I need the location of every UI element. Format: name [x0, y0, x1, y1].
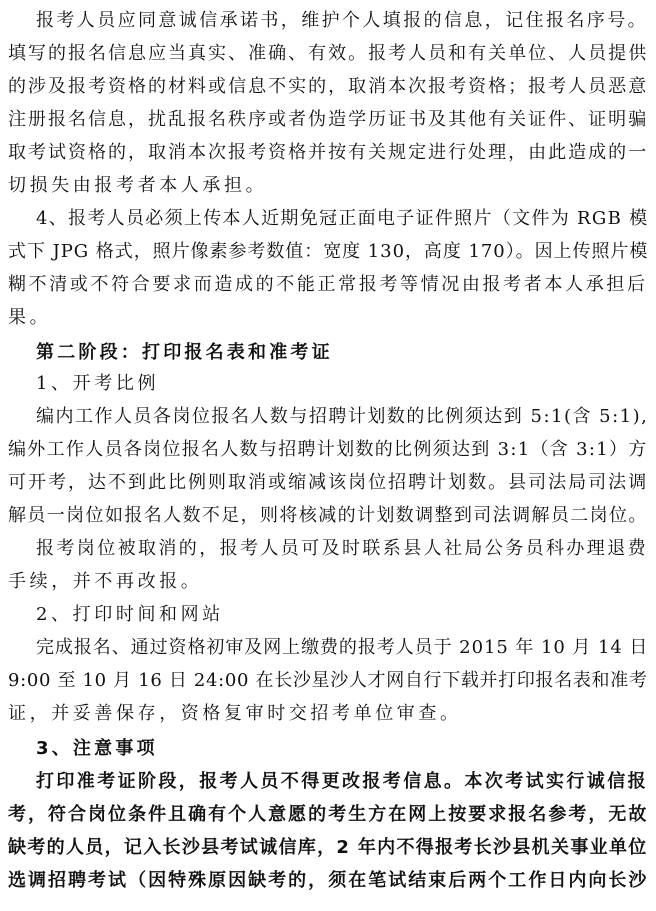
heading-line: 选调招聘考试（因特殊原因缺考的，须在笔试结束后两个工作日内向长沙 — [8, 870, 648, 892]
heading-line: 考，符合岗位条件且确有个人意愿的考生方在网上按要求报名参考，无故 — [8, 804, 648, 826]
text-line: 填写的报名信息应当真实、准确、有效。报考人员和有关单位、人员提供 — [8, 43, 648, 65]
text-line: 解员一岗位如报名人数不足，则将核减的计划数调整到司法调解员二岗位。 — [8, 505, 648, 527]
heading-line: 3、注意事项 — [36, 738, 648, 760]
text-line: 糊不清或不符合要求而造成的不能正常报考等情况由报考者本人承担后 — [8, 274, 648, 296]
text-line: 9:00 至 10 月 16 日 24:00 在长沙星沙人才网自行下载并打印报名… — [8, 670, 648, 692]
heading-line: 第二阶段：打印报名表和准考证 — [36, 342, 648, 364]
text-line: 4、报考人员必须上传本人近期免冠正面电子证件照片（文件为 RGB 模 — [36, 208, 648, 230]
text-line: 的涉及报考资格的材料或信息不实的，取消本次报考资格；报考人员恶意 — [8, 76, 648, 98]
text-line: 2、打印时间和网站 — [36, 604, 648, 626]
text-line: 1、开考比例 — [36, 373, 648, 395]
text-line: 取考试资格的，取消本次报考资格并按有关规定进行处理，由此造成的一 — [8, 142, 648, 164]
text-line: 注册报名信息，扰乱报名秩序或者伪造学历证书及其他有关证件、证明骗 — [8, 109, 648, 131]
text-line: 完成报名、通过资格初审及网上缴费的报考人员于 2015 年 10 月 14 日 — [36, 637, 648, 659]
text-line: 证，并妥善保存，资格复审时交招考单位审查。 — [8, 703, 648, 725]
text-line: 果。 — [8, 307, 648, 329]
text-line: 编内工作人员各岗位报名人数与招聘计划数的比例须达到 5:1(含 5:1), — [36, 406, 648, 428]
heading-line: 缺考的人员，记入长沙县考试诚信库，2 年内不得报考长沙县机关事业单位 — [8, 837, 648, 859]
text-line: 手续，并不再改报。 — [8, 571, 648, 593]
text-line: 编外工作人员各岗位报名人数与招聘计划数的比例须达到 3:1（含 3:1）方 — [8, 439, 648, 461]
text-line: 式下 JPG 格式，照片像素参考数值：宽度 130，高度 170）。因上传照片模 — [8, 241, 648, 263]
heading-line: 打印准考证阶段，报考人员不得更改报考信息。本次考试实行诚信报 — [36, 771, 648, 793]
text-line: 报考人员应同意诚信承诺书，维护个人填报的信息，记住报名序号。 — [36, 10, 648, 32]
text-line: 报考岗位被取消的，报考人员可及时联系县人社局公务员科办理退费 — [36, 538, 648, 560]
document-page: 报考人员应同意诚信承诺书，维护个人填报的信息，记住报名序号。填写的报名信息应当真… — [0, 0, 656, 911]
text-line: 切损失由报考者本人承担。 — [8, 175, 648, 197]
text-line: 可开考，达不到此比例则取消或缩减该岗位招聘计划数。县司法局司法调 — [8, 472, 648, 494]
